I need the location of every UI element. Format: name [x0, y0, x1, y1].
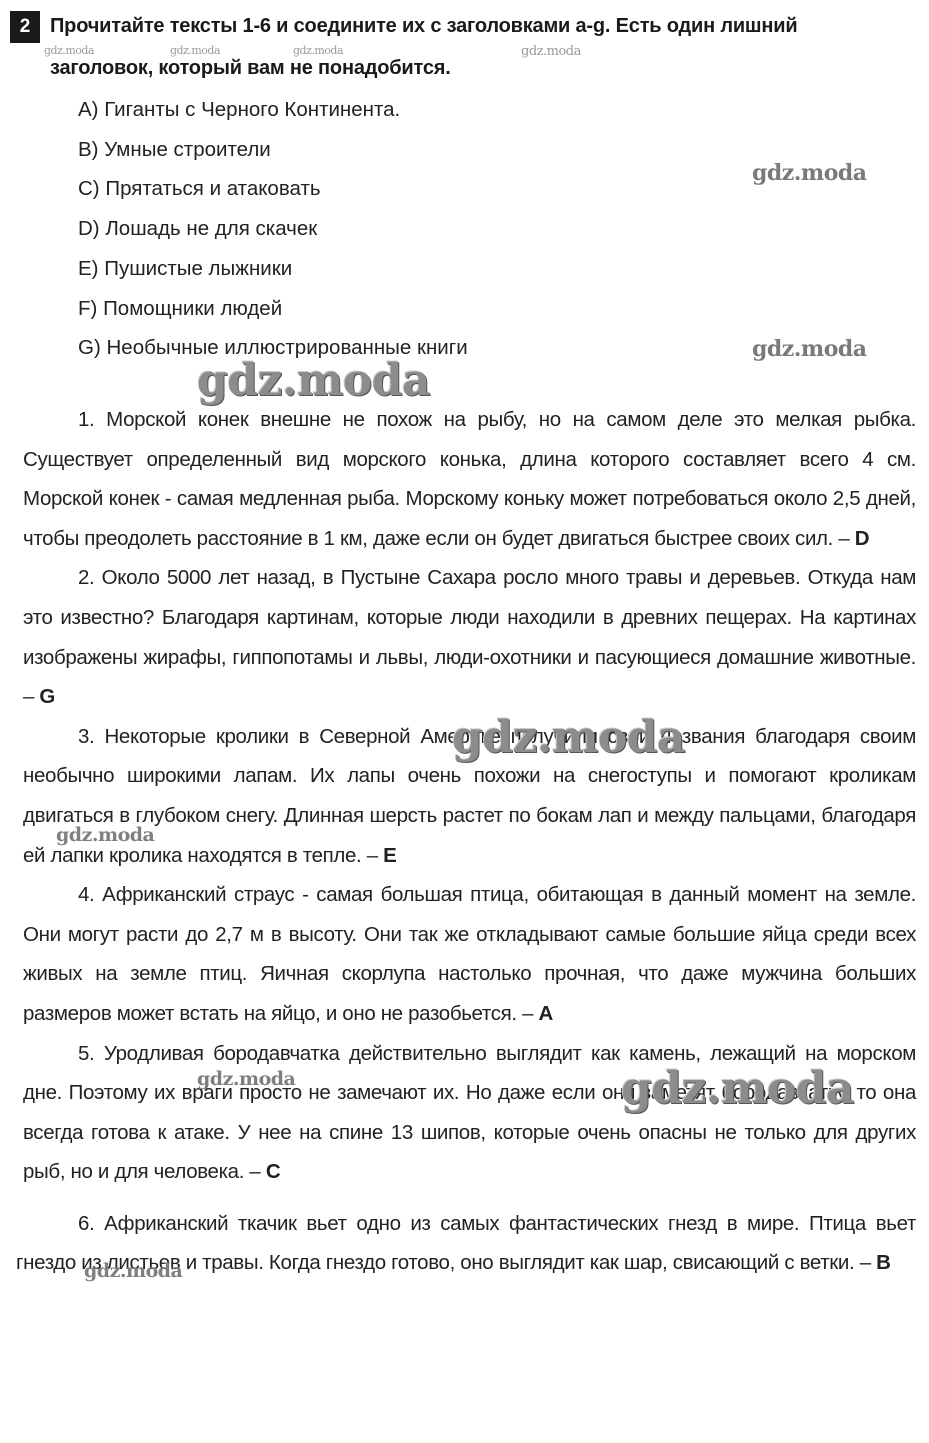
text-paragraph: 1. Морской конек внешне не похож на рыбу… [23, 400, 916, 558]
answer-letter: G [39, 685, 55, 708]
heading-option: A) Гиганты с Черного Континента. [78, 90, 468, 130]
watermark: gdz.moda [752, 336, 867, 362]
text-paragraph: 3. Некоторые кролики в Северной Америке … [23, 717, 916, 875]
heading-letter: B) [78, 138, 99, 161]
paragraph-body: 3. Некоторые кролики в Северной Америке … [23, 725, 916, 867]
task-number-badge: 2 [10, 11, 40, 43]
answer-letter: A [538, 1002, 552, 1025]
text-paragraph: 6. Африканский ткачик вьет одно из самых… [16, 1204, 916, 1283]
heading-option: C) Прятаться и атаковать [78, 169, 468, 209]
heading-option: D) Лошадь не для скачек [78, 209, 468, 249]
paragraph-body: 5. Уродливая бородавчатка действительно … [23, 1042, 916, 1184]
heading-text: Прятаться и атаковать [105, 177, 320, 200]
heading-text: Помощники людей [103, 297, 282, 320]
heading-text: Пушистые лыжники [104, 257, 292, 280]
answer-letter: E [383, 844, 396, 867]
heading-letter: D) [78, 217, 100, 240]
heading-letter: E) [78, 257, 99, 280]
instruction-line-2: заголовок, который вам не понадобится. [50, 53, 920, 83]
answer-letter: D [855, 527, 869, 550]
paragraph-body: 1. Морской конек внешне не похож на рыбу… [23, 408, 916, 550]
heading-letter: G) [78, 336, 101, 359]
text-paragraph: 5. Уродливая бородавчатка действительно … [23, 1034, 916, 1192]
heading-text: Гиганты с Черного Континента. [104, 98, 400, 121]
text-paragraph: 4. Африканский страус - самая большая пт… [23, 875, 916, 1033]
answer-letter: B [876, 1251, 890, 1274]
paragraph-body: 4. Африканский страус - самая большая пт… [23, 883, 916, 1025]
heading-option: E) Пушистые лыжники [78, 249, 468, 289]
headings-list: A) Гиганты с Черного Континента.B) Умные… [78, 90, 468, 368]
heading-letter: C) [78, 177, 100, 200]
paragraph-body: 2. Около 5000 лет назад, в Пустыне Сахар… [23, 566, 916, 708]
text-paragraph: 2. Около 5000 лет назад, в Пустыне Сахар… [23, 558, 916, 716]
heading-text: Необычные иллюстрированные книги [106, 336, 467, 359]
paragraph-body: 6. Африканский ткачик вьет одно из самых… [16, 1212, 916, 1275]
answer-letter: C [266, 1160, 280, 1183]
heading-letter: A) [78, 98, 99, 121]
task-instruction: Прочитайте тексты 1-6 и соедините их с з… [50, 11, 920, 83]
heading-letter: F) [78, 297, 97, 320]
heading-option: F) Помощники людей [78, 289, 468, 329]
instruction-line-1: Прочитайте тексты 1-6 и соедините их с з… [50, 15, 797, 37]
watermark: gdz.moda [752, 160, 867, 186]
heading-option: B) Умные строители [78, 130, 468, 170]
texts-list: 1. Морской конек внешне не похож на рыбу… [23, 400, 916, 1283]
heading-option: G) Необычные иллюстрированные книги [78, 328, 468, 368]
heading-text: Умные строители [104, 138, 271, 161]
heading-text: Лошадь не для скачек [105, 217, 317, 240]
